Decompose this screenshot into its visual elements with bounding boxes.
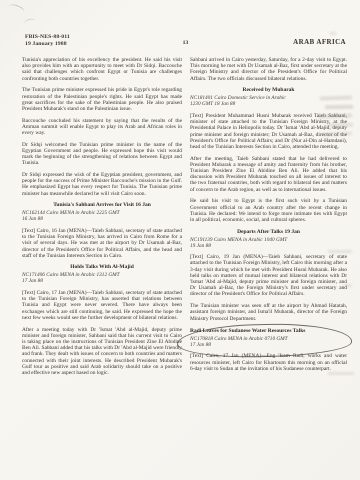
article: Departs After Talks 19 Jan NC191139 Cair… — [190, 229, 347, 322]
paragraph: [Text] Cairo, 17 Jan (MENA)—Taieb Sahban… — [22, 290, 182, 321]
source-line: 19 Jan 88 — [190, 243, 347, 249]
paragraph: Dr Sidqi expressed the wish of the Egypt… — [22, 172, 182, 197]
text-columns: Tunisia's appreciation of his excellency… — [22, 57, 347, 382]
scanned-document-page: FBIS-NES-88-011 19 January 1988 13 ARAB … — [0, 0, 360, 480]
article: Radi Leaves for Sudanese Water Resources… — [190, 328, 347, 372]
section-title: ARAB AFRICA — [293, 38, 346, 46]
paragraph: Sahbani arrived in Cairo yesterday, Satu… — [190, 57, 347, 82]
page-header: FBIS-NES-88-011 19 January 1988 13 ARAB … — [25, 34, 346, 52]
article-headline: Received by Mubarak — [190, 87, 347, 93]
source-line: 17 Jan 88 — [22, 278, 182, 284]
article-headline: Tunisia's Sahbani Arrives for Visit 16 J… — [22, 202, 182, 208]
paragraph: Baccouche concluded his statement by say… — [22, 118, 182, 137]
source-line: 17 Jan 88 — [190, 342, 347, 348]
article-headline: Holds Talks With Al-Majid — [22, 264, 182, 270]
article-headline: Radi Leaves for Sudanese Water Resources… — [190, 328, 347, 334]
paragraph: [Text] Cairo, 17 Jan (MENA)—Eng 'Isam Ra… — [190, 353, 347, 372]
circled-headline-block: Radi Leaves for Sudanese Water Resources… — [190, 328, 347, 348]
paragraph: The Tunisian prime minister expressed hi… — [22, 87, 182, 112]
paragraph: After a meeting today with Dr 'Ismat 'Ab… — [22, 327, 182, 377]
paragraph: Tunisia's appreciation of his excellency… — [22, 57, 182, 82]
paragraph: After the meeting, Taieb Sahbani stated … — [190, 156, 347, 193]
paragraph: Dr Sidqi welcomed the Tunisian prime min… — [22, 142, 182, 167]
paragraph: [Text] Cairo, 16 Jan (MENA)—Taieb Sahban… — [22, 228, 182, 259]
source-line: 16 Jan 88 — [22, 216, 182, 222]
right-column: Sahbani arrived in Cairo yesterday, Satu… — [190, 57, 347, 382]
paragraph: The Tunisian minister was seen off at th… — [190, 303, 347, 322]
paragraph: [Text] President Muhammad Husni Mubarak … — [190, 113, 347, 150]
article-headline: Departs After Talks 19 Jan — [190, 229, 347, 235]
paragraph: He said his visit to Egypt is the first … — [190, 198, 347, 223]
left-column: Tunisia's appreciation of his excellency… — [22, 57, 182, 382]
source-line: 1230 GMT 18 Jan 88 — [190, 101, 347, 107]
pencil-scribble-mark — [23, 18, 35, 27]
paragraph: [Text] Cairo, 19 Jan (MENA)—Taieb Sahban… — [190, 254, 347, 297]
article: Holds Talks With Al-Majid NC171406 Cairo… — [22, 264, 182, 376]
article: Received by Mubarak NC181401 Cairo Domes… — [190, 87, 347, 223]
pencil-scribble-mark — [7, 2, 25, 17]
article: Tunisia's Sahbani Arrives for Visit 16 J… — [22, 202, 182, 259]
